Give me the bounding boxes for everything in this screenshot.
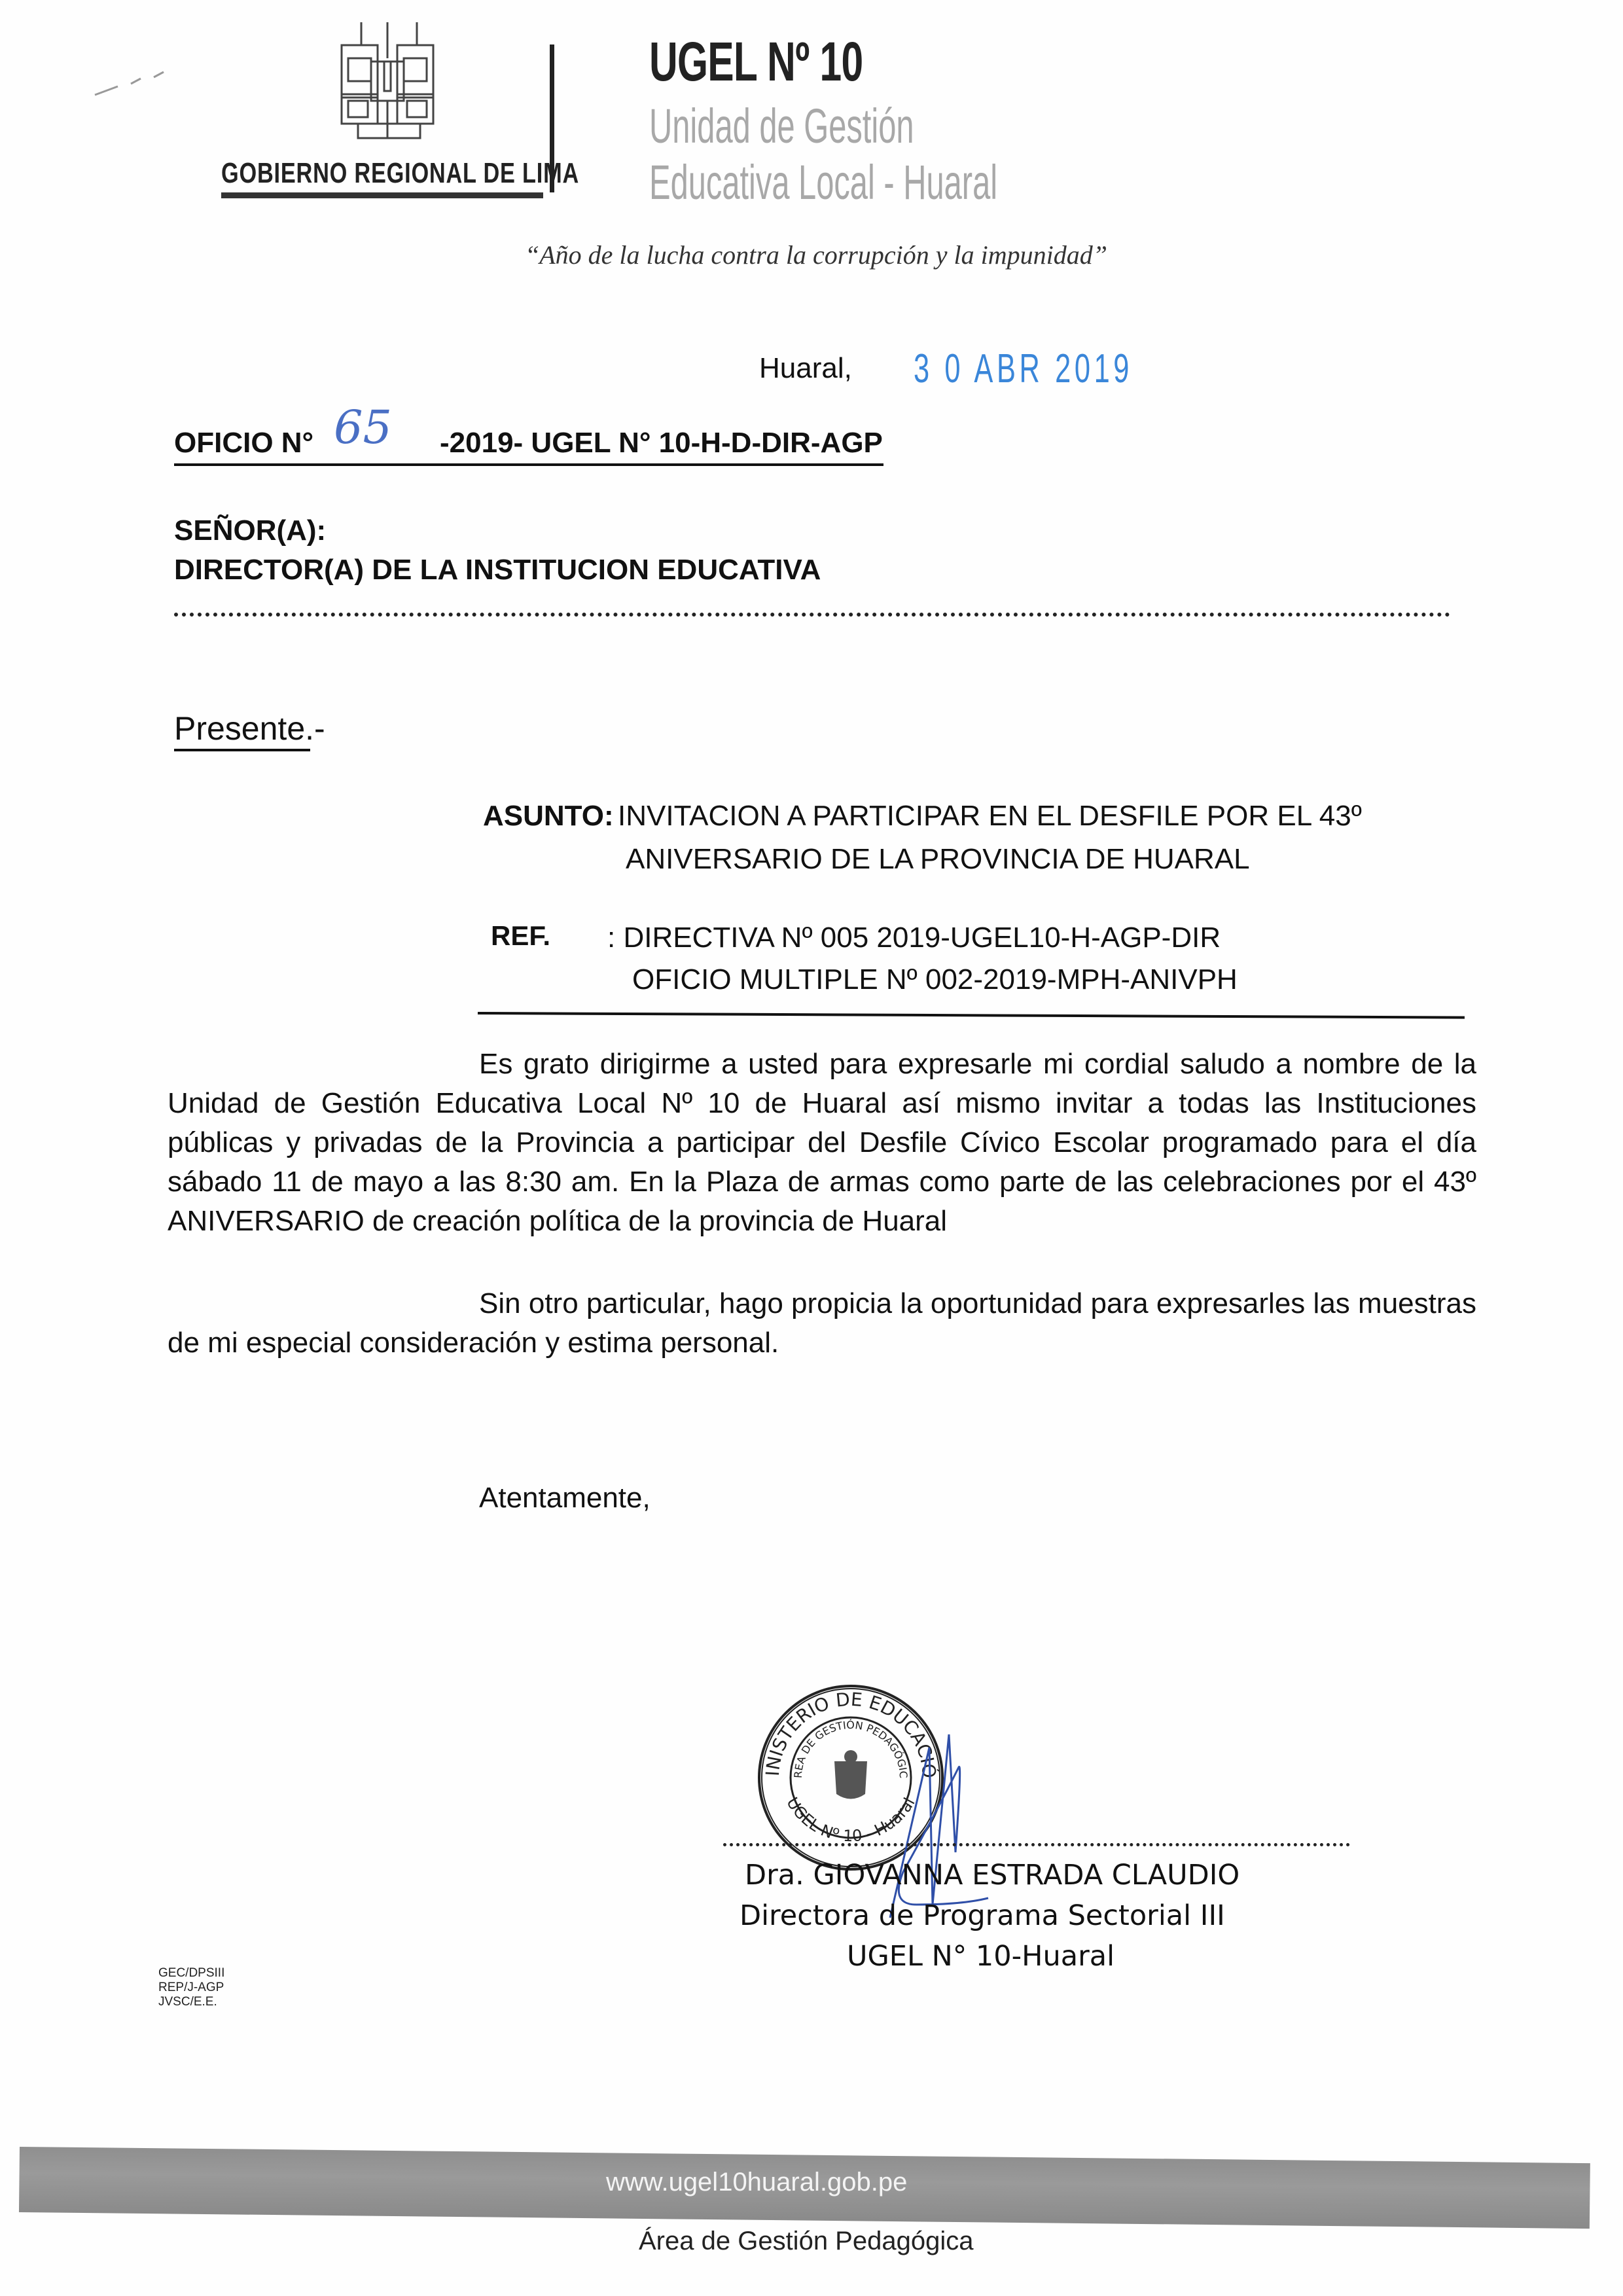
footer-area-name: Área de Gestión Pedagógica bbox=[639, 2227, 973, 2256]
ugel-subtitle-line2: Educativa Local - Huaral bbox=[649, 154, 997, 210]
presente-underline bbox=[174, 749, 310, 751]
presente-line: Presente.- bbox=[174, 709, 325, 747]
scan-mark-icon bbox=[92, 65, 203, 105]
oficio-number-handwritten: 65 bbox=[334, 401, 392, 454]
footer-website-link[interactable]: www.ugel10huaral.gob.pe bbox=[606, 2168, 907, 2197]
ref-line1: : DIRECTIVA Nº 005 2019-UGEL10-H-AGP-DIR bbox=[607, 922, 1221, 954]
header-divider bbox=[550, 45, 554, 192]
ref-rule bbox=[478, 1012, 1465, 1019]
oficio-code: -2019- UGEL N° 10-H-D-DIR-AGP bbox=[440, 427, 883, 459]
recipient-title: DIRECTOR(A) DE LA INSTITUCION EDUCATIVA bbox=[174, 554, 821, 586]
oficio-label: OFICIO N° bbox=[174, 427, 313, 459]
oficio-underline bbox=[174, 463, 883, 466]
recipient-dotted-line bbox=[174, 607, 1450, 617]
closing: Atentamente, bbox=[479, 1482, 651, 1515]
signatory-office: UGEL N° 10-Huaral bbox=[847, 1940, 1115, 1973]
year-motto: “Año de la lucha contra la corrupción y … bbox=[525, 240, 1107, 270]
ref-label: REF. bbox=[491, 920, 550, 952]
ugel-title: UGEL Nº 10 bbox=[649, 30, 863, 94]
document-page: GOBIERNO REGIONAL DE LIMA UGEL Nº 10 Uni… bbox=[0, 0, 1623, 2296]
asunto-line2: ANIVERSARIO DE LA PROVINCIA DE HUARAL bbox=[626, 843, 1250, 876]
date-city: Huaral, bbox=[759, 352, 852, 385]
handwritten-signature-icon bbox=[877, 1708, 1060, 1924]
gobierno-regional-logo-icon bbox=[322, 22, 453, 140]
presente-suffix: .- bbox=[305, 710, 325, 747]
signatory-position: Directora de Programa Sectorial III bbox=[740, 1899, 1225, 1932]
header-rule bbox=[221, 192, 543, 198]
asunto-line1: INVITACION A PARTICIPAR EN EL DESFILE PO… bbox=[618, 800, 1362, 833]
body-paragraph-1: Es grato dirigirme a usted para expresar… bbox=[168, 1045, 1476, 1241]
reference-initials-1: GEC/DPSIII bbox=[158, 1966, 224, 1981]
reference-initials-3: JVSC/E.E. bbox=[158, 1995, 217, 2009]
presente-text: Presente bbox=[174, 710, 305, 747]
reference-initials-2: REP/J-AGP bbox=[158, 1981, 224, 1995]
signatory-name: Dra. GIOVANNA ESTRADA CLAUDIO bbox=[745, 1859, 1240, 1892]
date-stamp: 3 0 ABR 2019 bbox=[914, 346, 1133, 392]
gobierno-regional-name: GOBIERNO REGIONAL DE LIMA bbox=[221, 157, 579, 190]
body-paragraph-2: Sin otro particular, hago propicia la op… bbox=[168, 1284, 1476, 1363]
recipient-salutation: SEÑOR(A): bbox=[174, 514, 326, 547]
ugel-subtitle-line1: Unidad de Gestión bbox=[649, 98, 914, 154]
asunto-label: ASUNTO: bbox=[483, 800, 614, 833]
signature-dotted-line bbox=[723, 1839, 1350, 1846]
ref-line2: OFICIO MULTIPLE Nº 002-2019-MPH-ANIVPH bbox=[632, 963, 1238, 996]
